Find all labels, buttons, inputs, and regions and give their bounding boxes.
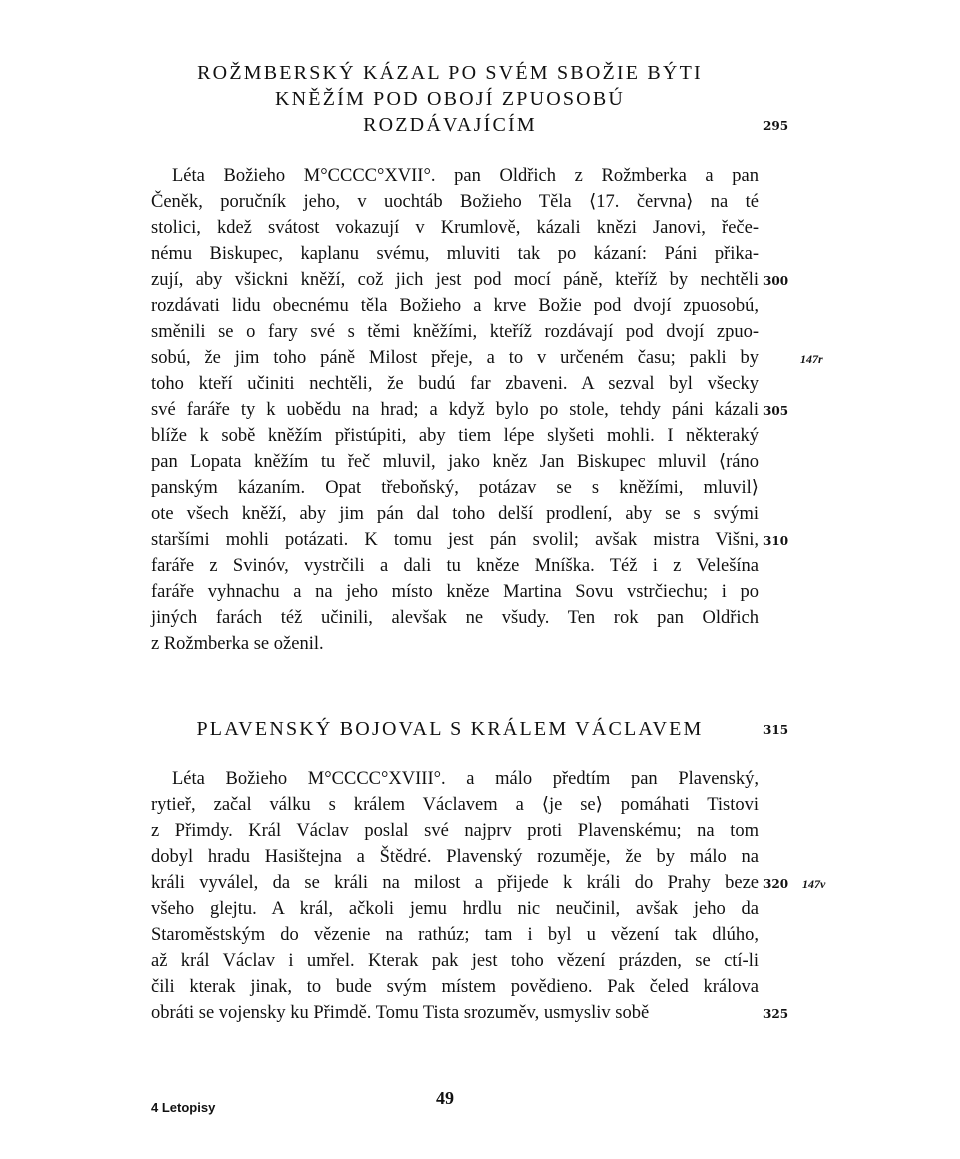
text-line: stolici, kdež svátost vokazují v Krumlov…	[151, 215, 759, 241]
line-number: 295	[763, 113, 788, 139]
line-number: 310	[763, 528, 788, 554]
page-number: 49	[436, 1088, 454, 1109]
text-line: jiných farách též učinili, alevšak ne vš…	[151, 605, 759, 631]
text-line: králi vyválel, da se králi na milost a p…	[151, 870, 759, 896]
line-number: 320	[763, 871, 788, 897]
text-line: Staroměstským do vězenie na rathúz; tam …	[151, 922, 759, 948]
text-line: z Rožmberka se oženil.	[151, 631, 759, 657]
signature-mark: 4 Letopisy	[151, 1100, 215, 1115]
section1-title-line-1: ROŽMBERSKÝ KÁZAL PO SVÉM SBOŽIE BÝTI	[140, 60, 760, 86]
text-line: čili kterak jinak, to bude svým místem p…	[151, 974, 759, 1000]
text-line: panským kázaním. Opat třeboňský, potázav…	[151, 475, 759, 501]
text-line: rytieř, začal válku s králem Václavem a …	[151, 792, 759, 818]
folio-mark: 147r	[800, 346, 823, 372]
text-line: nému Biskupec, kaplanu svému, mluviti ta…	[151, 241, 759, 267]
line-number: 325	[763, 1001, 788, 1027]
document-page: ROŽMBERSKÝ KÁZAL PO SVÉM SBOŽIE BÝTI KNĚ…	[0, 0, 960, 1159]
text-line: až král Václav i umřel. Kterak pak jest …	[151, 948, 759, 974]
text-line: dobyl hradu Hasištejna a Štědré. Plavens…	[151, 844, 759, 870]
section1-title-line-2: KNĚŽÍM POD OBOJÍ ZPUOSOBÚ	[140, 86, 760, 112]
text-line: Léta Božieho M°CCCC°XVIII°. a málo předt…	[172, 766, 759, 792]
text-line: zují, aby všickni kněží, což jich jest p…	[151, 267, 759, 293]
folio-mark: 147v	[802, 871, 825, 897]
text-line: sobú, že jim toho páně Milost přeje, a t…	[151, 345, 759, 371]
line-number: 305	[763, 398, 788, 424]
text-line: směnili se o fary své s těmi kněžími, kt…	[151, 319, 759, 345]
section1-title-line-3: ROZDÁVAJÍCÍM	[140, 112, 760, 138]
text-line: toho kteří učiniti nechtěli, že budú far…	[151, 371, 759, 397]
text-line: rozdávati lidu obecnému těla Božieho a k…	[151, 293, 759, 319]
line-number: 300	[763, 268, 788, 294]
text-line: z Přimdy. Král Václav poslal své najprv …	[151, 818, 759, 844]
text-line: pan Lopata kněžím tu řeč mluvil, jako kn…	[151, 449, 759, 475]
text-line: faráře vyhnachu a na jeho místo kněze Ma…	[151, 579, 759, 605]
text-line: blíže k sobě kněžím přistúpiti, aby tiem…	[151, 423, 759, 449]
text-line: ote všech kněží, aby jim pán dal toho de…	[151, 501, 759, 527]
text-line: obráti se vojensky ku Přimdě. Tomu Tista…	[151, 1000, 759, 1026]
text-line: své faráře ty k uobědu na hrad; a když b…	[151, 397, 759, 423]
text-line: všeho glejtu. A král, ačkoli jemu hrdlu …	[151, 896, 759, 922]
text-line: Léta Božieho M°CCCC°XVII°. pan Oldřich z…	[172, 163, 759, 189]
section2-title: PLAVENSKÝ BOJOVAL S KRÁLEM VÁCLAVEM	[160, 716, 740, 742]
text-line: staršími mohli potázati. K tomu jest pán…	[151, 527, 759, 553]
line-number: 315	[763, 717, 788, 743]
text-line: faráře z Svinóv, vystrčili a dali tu kně…	[151, 553, 759, 579]
text-line: Čeněk, poručník jeho, v uochtáb Božieho …	[151, 189, 759, 215]
